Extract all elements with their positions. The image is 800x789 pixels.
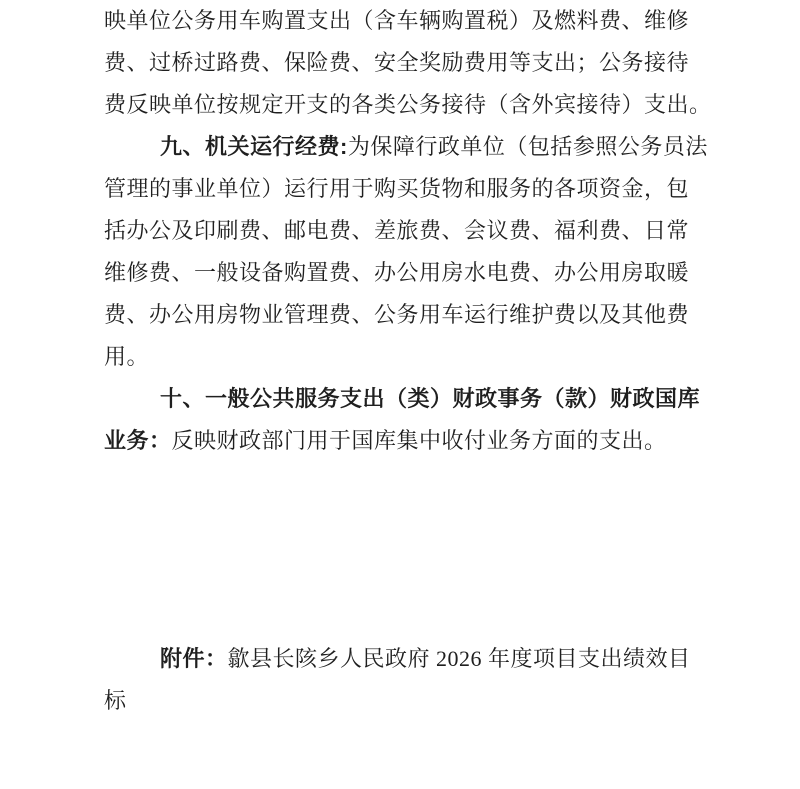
text-line: 维修费、一般设备购置费、办公用房水电费、办公用房取暖 (104, 252, 724, 294)
text-line: 十、一般公共服务支出（类）财政事务（款）财政国库 (104, 378, 724, 420)
text-run: 括办公及印刷费、邮电费、差旅费、会议费、福利费、日常 (104, 218, 689, 243)
text-run: 为保障行政单位（包括参照公务员法 (348, 134, 708, 159)
text-line: 括办公及印刷费、邮电费、差旅费、会议费、福利费、日常 (104, 210, 724, 252)
text-run: 费、办公用房物业管理费、公务用车运行维护费以及其他费 (104, 302, 689, 327)
text-line: 标 (104, 680, 724, 722)
section-heading-run: 十、一般公共服务支出（类）财政事务（款）财政国库 (160, 386, 700, 411)
paragraph-agency-operating-expense: 九、机关运行经费:为保障行政单位（包括参照公务员法 管理的事业单位）运行用于购买… (104, 126, 724, 378)
text-line: 业务：反映财政部门用于国库集中收付业务方面的支出。 (104, 420, 724, 462)
text-line: 费、过桥过路费、保险费、安全奖励费用等支出；公务接待 (104, 42, 724, 84)
document-body: 映单位公务用车购置支出（含车辆购置税）及燃料费、维修 费、过桥过路费、保险费、安… (104, 0, 724, 722)
text-line: 费、办公用房物业管理费、公务用车运行维护费以及其他费 (104, 294, 724, 336)
paragraph-general-public-service-treasury: 十、一般公共服务支出（类）财政事务（款）财政国库 业务：反映财政部门用于国库集中… (104, 378, 724, 462)
text-line: 九、机关运行经费:为保障行政单位（包括参照公务员法 (104, 126, 724, 168)
text-run: 费反映单位按规定开支的各类公务接待（含外宾接待）支出。 (104, 92, 712, 117)
text-line: 费反映单位按规定开支的各类公务接待（含外宾接待）支出。 (104, 84, 724, 126)
attachment-note: 附件：歙县长陔乡人民政府 2026 年度项目支出绩效目 标 (104, 638, 724, 722)
text-line: 映单位公务用车购置支出（含车辆购置税）及燃料费、维修 (104, 0, 724, 42)
text-run: 歙县长陔乡人民政府 2026 年度项目支出绩效目 (228, 646, 691, 671)
text-run: 用。 (104, 344, 149, 369)
paragraph-vehicle-reception-expense: 映单位公务用车购置支出（含车辆购置税）及燃料费、维修 费、过桥过路费、保险费、安… (104, 0, 724, 126)
text-run: 维修费、一般设备购置费、办公用房水电费、办公用房取暖 (104, 260, 689, 285)
text-run: 映单位公务用车购置支出（含车辆购置税）及燃料费、维修 (104, 8, 689, 33)
text-run: 费、过桥过路费、保险费、安全奖励费用等支出；公务接待 (104, 50, 689, 75)
text-line: 用。 (104, 336, 724, 378)
text-run: 反映财政部门用于国库集中收付业务方面的支出。 (172, 428, 667, 453)
text-line: 附件：歙县长陔乡人民政府 2026 年度项目支出绩效目 (104, 638, 724, 680)
text-run: 标 (104, 688, 127, 713)
section-heading-run: 九、机关运行经费: (160, 134, 348, 159)
section-heading-run: 业务： (104, 428, 172, 453)
text-run: 管理的事业单位）运行用于购买货物和服务的各项资金，包 (104, 176, 689, 201)
document-page: 映单位公务用车购置支出（含车辆购置税）及燃料费、维修 费、过桥过路费、保险费、安… (0, 0, 800, 789)
text-line: 管理的事业单位）运行用于购买货物和服务的各项资金，包 (104, 168, 724, 210)
attachment-label-run: 附件： (160, 646, 228, 671)
